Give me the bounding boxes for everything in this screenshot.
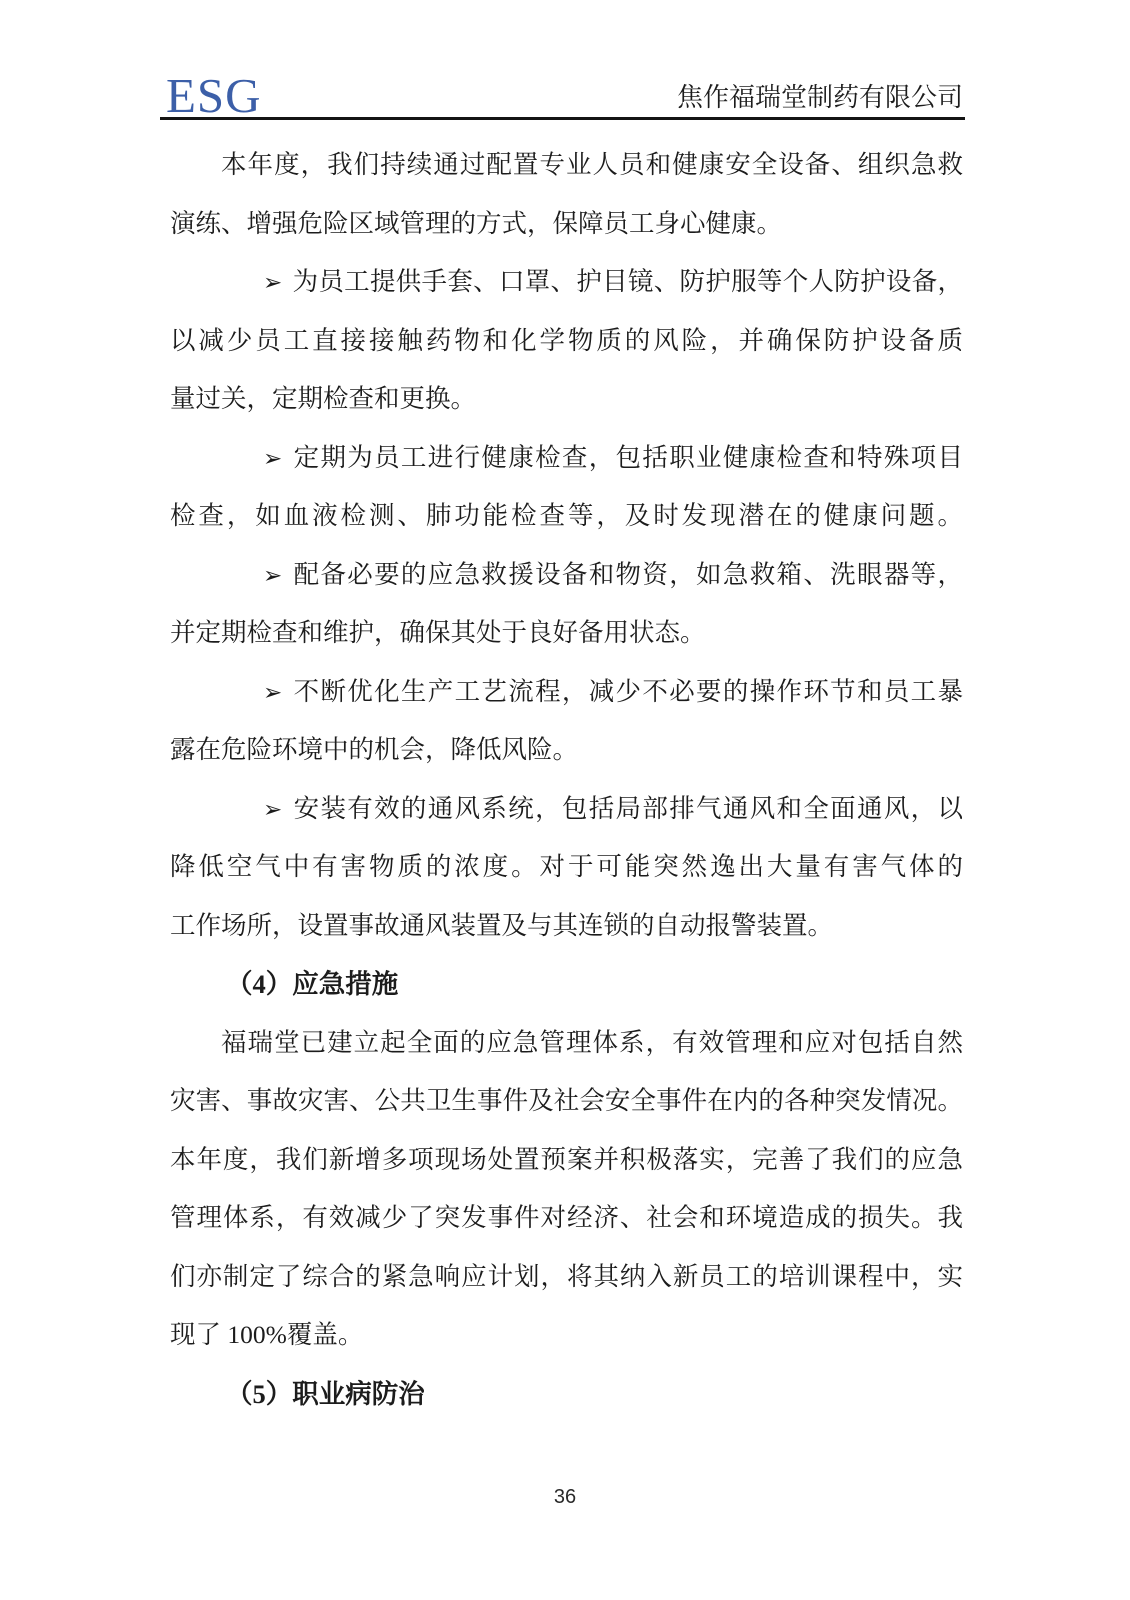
bullet-line: ➢配备必要的应急救援设备和物资，如急救箱、洗眼器等， <box>170 546 963 605</box>
document-body: 本年度，我们持续通过配置专业人员和健康安全设备、组织急救 演练、增强危险区域管理… <box>170 136 963 1423</box>
document-page: ESG 焦作福瑞堂制药有限公司 本年度，我们持续通过配置专业人员和健康安全设备、… <box>0 0 1130 1600</box>
text-line: 本年度，我们持续通过配置专业人员和健康安全设备、组织急救 <box>170 136 963 195</box>
bullet-text: 安装有效的通风系统，包括局部排气通风和全面通风，以 <box>292 794 963 823</box>
bullet-line: ➢安装有效的通风系统，包括局部排气通风和全面通风，以 <box>170 780 963 839</box>
company-name: 焦作福瑞堂制药有限公司 <box>677 82 963 114</box>
text-line: 工作场所，设置事故通风装置及与其连锁的自动报警装置。 <box>170 897 963 956</box>
esg-logo: ESG <box>166 70 262 122</box>
text-line: 现了 100%覆盖。 <box>170 1306 963 1365</box>
text-line: 演练、增强危险区域管理的方式，保障员工身心健康。 <box>170 195 963 254</box>
text-line: 灾害、事故灾害、公共卫生事件及社会安全事件在内的各种突发情况。 <box>170 1072 963 1131</box>
text-line: 露在危险环境中的机会，降低风险。 <box>170 721 963 780</box>
bullet-text: 定期为员工进行健康检查，包括职业健康检查和特殊项目 <box>292 443 963 472</box>
section-heading-5: （5）职业病防治 <box>170 1365 963 1424</box>
text-line: 本年度，我们新增多项现场处置预案并积极落实，完善了我们的应急 <box>170 1131 963 1190</box>
bullet-arrow-icon: ➢ <box>263 797 282 822</box>
header-rule <box>160 117 965 120</box>
bullet-line: ➢为员工提供手套、口罩、护目镜、防护服等个人防护设备， <box>170 253 963 312</box>
text-line: 量过关，定期检查和更换。 <box>170 370 963 429</box>
bullet-text: 不断优化生产工艺流程，减少不必要的操作环节和员工暴 <box>292 677 963 706</box>
bullet-arrow-icon: ➢ <box>263 270 282 295</box>
bullet-line: ➢不断优化生产工艺流程，减少不必要的操作环节和员工暴 <box>170 663 963 722</box>
bullet-arrow-icon: ➢ <box>263 563 282 588</box>
text-line: 降低空气中有害物质的浓度。对于可能突然逸出大量有害气体的 <box>170 838 963 897</box>
text-line: 并定期检查和维护，确保其处于良好备用状态。 <box>170 604 963 663</box>
text-line: 以减少员工直接接触药物和化学物质的风险，并确保防护设备质 <box>170 312 963 371</box>
bullet-arrow-icon: ➢ <box>263 680 282 705</box>
text-line: 们亦制定了综合的紧急响应计划，将其纳入新员工的培训课程中，实 <box>170 1248 963 1307</box>
bullet-line: ➢定期为员工进行健康检查，包括职业健康检查和特殊项目 <box>170 429 963 488</box>
bullet-text: 配备必要的应急救援设备和物资，如急救箱、洗眼器等， <box>292 560 963 589</box>
page-number: 36 <box>0 1486 1130 1509</box>
text-line: 管理体系，有效减少了突发事件对经济、社会和环境造成的损失。我 <box>170 1189 963 1248</box>
bullet-arrow-icon: ➢ <box>263 446 282 471</box>
text-line: 检查，如血液检测、肺功能检查等，及时发现潜在的健康问题。 <box>170 487 963 546</box>
text-line: 福瑞堂已建立起全面的应急管理体系，有效管理和应对包括自然 <box>170 1014 963 1073</box>
bullet-text: 为员工提供手套、口罩、护目镜、防护服等个人防护设备， <box>292 267 963 296</box>
section-heading-4: （4）应急措施 <box>170 955 963 1014</box>
